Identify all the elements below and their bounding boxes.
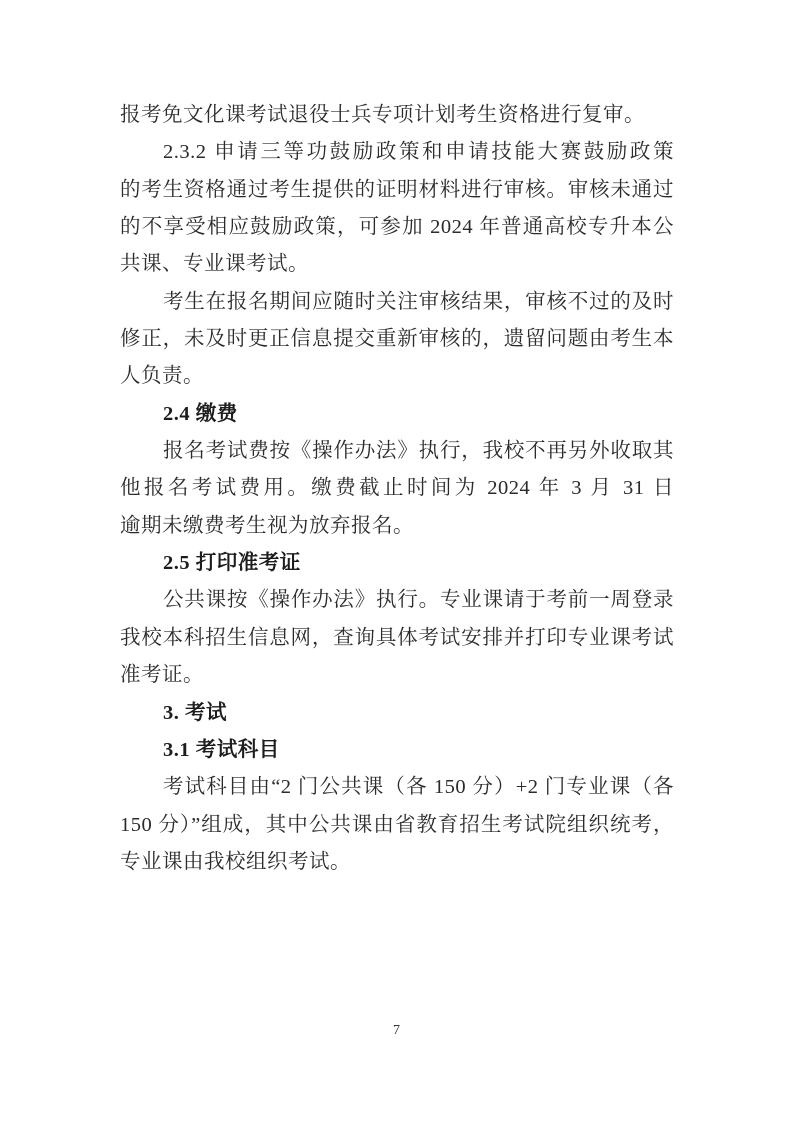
text-line: 报名考试费按《操作办法》执行，我校不再另外收取其 bbox=[120, 433, 674, 470]
text-line: 150 分）”组成，其中公共课由省教育招生考试院组织统考， bbox=[120, 807, 674, 844]
text-line: 修正，未及时更正信息提交重新审核的，遗留问题由考生本 bbox=[120, 321, 674, 358]
text-line: 公共课按《操作办法》执行。专业课请于考前一周登录 bbox=[120, 582, 674, 619]
section-heading: 3.1 考试科目 bbox=[120, 732, 674, 769]
text-line: 我校本科招生信息网，查询具体考试安排并打印专业课考试 bbox=[120, 620, 674, 657]
document-page: 报考免文化课考试退役士兵专项计划考生资格进行复审。2.3.2 申请三等功鼓励政策… bbox=[0, 0, 793, 1122]
document-content: 报考免文化课考试退役士兵专项计划考生资格进行复审。2.3.2 申请三等功鼓励政策… bbox=[120, 97, 674, 881]
text-line: 他报名考试费用。缴费截止时间为 2024 年 3 月 31 日 17:00， bbox=[120, 470, 674, 507]
text-line: 人负责。 bbox=[120, 358, 674, 395]
text-line: 2.3.2 申请三等功鼓励政策和申请技能大赛鼓励政策 bbox=[120, 134, 674, 171]
text-line: 逾期未缴费考生视为放弃报名。 bbox=[120, 508, 674, 545]
text-line: 准考证。 bbox=[120, 657, 674, 694]
page-number: 7 bbox=[0, 1021, 793, 1041]
section-heading: 2.5 打印准考证 bbox=[120, 545, 674, 582]
text-line: 的不享受相应鼓励政策，可参加 2024 年普通高校专升本公 bbox=[120, 209, 674, 246]
text-line: 考试科目由“2 门公共课（各 150 分）+2 门专业课（各 bbox=[120, 769, 674, 806]
section-heading: 3. 考试 bbox=[120, 695, 674, 732]
text-line: 报考免文化课考试退役士兵专项计划考生资格进行复审。 bbox=[120, 97, 674, 134]
text-line: 专业课由我校组织考试。 bbox=[120, 844, 674, 881]
text-line: 的考生资格通过考生提供的证明材料进行审核。审核未通过 bbox=[120, 172, 674, 209]
text-line: 考生在报名期间应随时关注审核结果，审核不过的及时 bbox=[120, 284, 674, 321]
section-heading: 2.4 缴费 bbox=[120, 396, 674, 433]
text-line: 共课、专业课考试。 bbox=[120, 246, 674, 283]
